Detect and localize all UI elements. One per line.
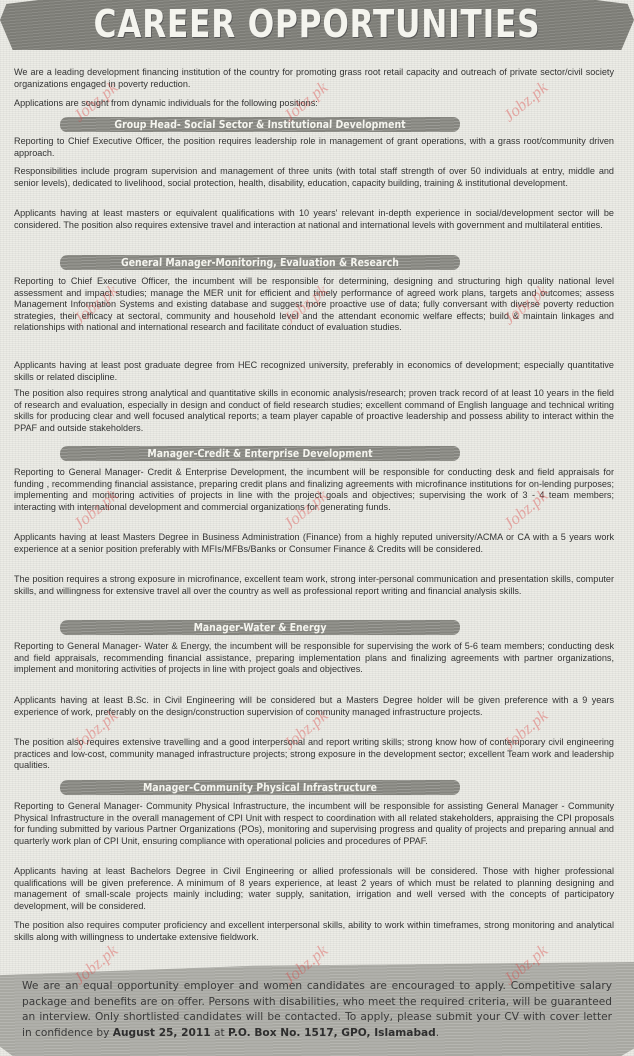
position-paragraph: Applicants having at least Bachelors Deg… [14,866,614,912]
section-title: Manager-Community Physical Infrastructur… [90,780,431,795]
section-header-gm-mer: General Manager-Monitoring, Evaluation &… [60,255,461,270]
section-title: Manager-Credit & Enterprise Development [90,446,431,461]
position-paragraph: Applicants having at least B.Sc. in Civi… [14,695,614,718]
position-paragraph: Reporting to General Manager- Credit & E… [14,467,614,513]
position-paragraph: Reporting to General Manager- Community … [14,801,614,847]
position-paragraph: Applicants having at least Masters Degre… [14,532,614,555]
page-title: CAREER OPPORTUNITIES [57,2,577,46]
position-paragraph: Reporting to Chief Executive Officer, th… [14,136,614,159]
section-header-community-infrastructure: Manager-Community Physical Infrastructur… [60,780,461,795]
position-paragraph: The position also requires computer prof… [14,920,614,943]
position-paragraph: Applicants having at least masters or eq… [14,208,614,231]
postal-address: P.O. Box No. 1517, GPO, Islamabad [228,1027,436,1039]
section-title: General Manager-Monitoring, Evaluation &… [90,255,431,270]
section-title: Manager-Water & Energy [90,620,431,635]
intro-paragraph: We are a leading development financing i… [14,67,614,90]
intro-applications: Applications are sought from dynamic ind… [14,98,614,110]
application-deadline: August 25, 2011 [113,1027,211,1039]
section-header-credit-enterprise: Manager-Credit & Enterprise Development [60,446,461,461]
position-paragraph: The position also requires strong analyt… [14,388,614,434]
section-header-water-energy: Manager-Water & Energy [60,620,461,635]
position-paragraph: Applicants having at least post graduate… [14,360,614,383]
position-paragraph: Responsibilities include program supervi… [14,166,614,189]
position-paragraph: The position also requires extensive tra… [14,737,614,772]
job-advertisement: CAREER OPPORTUNITIES We are a leading de… [0,0,634,1056]
footer-text: We are an equal opportunity employer and… [22,979,612,1041]
footer-at: at [211,1027,228,1039]
position-paragraph: Reporting to General Manager- Water & En… [14,641,614,676]
section-header-group-head: Group Head- Social Sector & Institutiona… [60,117,461,132]
position-paragraph: Reporting to Chief Executive Officer, th… [14,276,614,334]
header-banner: CAREER OPPORTUNITIES [0,0,634,50]
position-paragraph: The position requires a strong exposure … [14,574,614,597]
footer-banner: We are an equal opportunity employer and… [0,962,634,1056]
section-title: Group Head- Social Sector & Institutiona… [90,117,431,132]
